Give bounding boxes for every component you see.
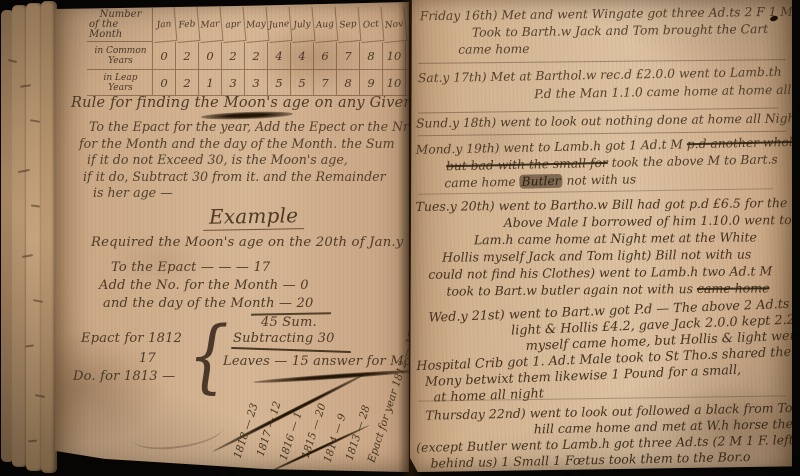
common-year-value: 0 xyxy=(199,42,222,70)
common-year-value: 4 xyxy=(268,42,291,70)
leap-year-value: 3 xyxy=(222,70,245,96)
rule-line: for the Month and the day of the Month. … xyxy=(79,136,409,153)
entry-text: took to Bart.w butler again not with us xyxy=(446,281,697,299)
page-edges-stack xyxy=(0,0,58,476)
leap-year-value: 0 xyxy=(153,70,176,96)
common-year-value: 2 xyxy=(176,42,199,70)
month-header: Aug xyxy=(313,7,339,43)
leap-year-value: 3 xyxy=(245,70,268,96)
entry-monday-19: Mond.y 19th) went to Lamb.h got 1 Ad.t M… xyxy=(416,134,791,193)
epact-1812-label: Epact for 1812 xyxy=(81,331,182,346)
entry-text: not with us xyxy=(562,172,636,188)
row-label-line: Years xyxy=(108,83,133,93)
leap-year-value: 5 xyxy=(268,70,291,96)
common-year-value: 4 xyxy=(291,42,314,70)
month-header: apr xyxy=(221,7,247,43)
row-label-line: in Leap xyxy=(104,73,138,83)
manuscript-photo: Number of the Month Jan Feb Mar apr May … xyxy=(0,0,800,476)
table-corner-label: Number of the Month xyxy=(87,8,153,42)
page-edge-strip xyxy=(41,1,57,473)
moon-age-table: Number of the Month Jan Feb Mar apr May … xyxy=(87,8,409,96)
subtraction-line: Subtracting 30 xyxy=(233,331,335,346)
epact-1812-value: 17 xyxy=(139,351,156,366)
entry-text: took the above M to Bart.s xyxy=(608,152,778,170)
entry-thursday-22: Thursday 22nd) went to look out followed… xyxy=(415,400,790,472)
ditto-1813-label: Do. for 1813 — xyxy=(73,369,175,384)
leap-year-value: 5 xyxy=(291,70,314,96)
table-corner-line: Number xyxy=(100,10,142,20)
row-label-line: Years xyxy=(108,56,133,66)
entry-tuesday-20: Tues.y 20th) went to Bartho.w Bill had g… xyxy=(415,194,790,300)
sum-line: 45 Sum. xyxy=(261,315,317,330)
calc-line-month-number: Add the No. for the Month — 0 xyxy=(99,278,309,293)
common-year-value: 8 xyxy=(360,42,383,70)
entry-text: came home xyxy=(444,175,520,191)
ink-stroke xyxy=(253,368,409,384)
struck-text: p.d another whole xyxy=(687,135,792,151)
struck-text: came home xyxy=(697,280,770,296)
month-header: Jan xyxy=(152,7,178,43)
month-header: July xyxy=(290,7,316,43)
common-year-value: 2 xyxy=(245,42,268,70)
month-header: Feb xyxy=(175,7,201,43)
common-year-value: 7 xyxy=(337,42,360,70)
leap-year-value: 7 xyxy=(314,70,337,96)
month-header: June xyxy=(267,7,293,43)
leap-year-value: 2 xyxy=(176,70,199,96)
leap-year-value: 9 xyxy=(360,70,383,96)
calc-line-epact: To the Epact — — — 17 xyxy=(111,260,270,275)
entry-wednesday-21: Wed.y 21st) went to Bart.w got P.d — The… xyxy=(414,297,791,407)
struck-text: but bad with the small for xyxy=(446,156,608,173)
entry-line: Sund.y 18th) went to look out nothing do… xyxy=(416,111,790,130)
example-problem: Required the Moon's age on the 20th of J… xyxy=(91,235,409,250)
row-label-common-years: in Common Years xyxy=(87,42,153,70)
entry-line: took to Bart.w butler again not with us … xyxy=(416,279,790,300)
right-page: Friday 16th) Met and went Wingate got th… xyxy=(410,0,792,472)
table-corner-line: of the Month xyxy=(89,20,152,40)
month-header: Sep xyxy=(336,7,362,43)
common-year-value: 2 xyxy=(222,42,245,70)
rule-line: if it do not Exceed 30, is the Moon's ag… xyxy=(79,152,409,169)
subtraction-underline xyxy=(231,347,351,353)
leap-year-value: 1 xyxy=(199,70,222,96)
leap-year-value: 8 xyxy=(337,70,360,96)
row-label-leap-years: in Leap Years xyxy=(87,70,153,96)
rule-line: To the Epact for the year, Add the Epect… xyxy=(79,119,409,136)
rule-paragraph: To the Epact for the year, Add the Epect… xyxy=(79,119,409,202)
pencil-scribble xyxy=(131,414,224,454)
example-heading: Example xyxy=(203,203,305,231)
entry-line: came home xyxy=(416,38,790,60)
month-header: Mar xyxy=(198,7,224,43)
common-year-value: 0 xyxy=(153,42,176,70)
rule-line: if it do, Subtract 30 from it. and the R… xyxy=(79,169,409,186)
blotted-text: Butler xyxy=(519,174,562,189)
rule-line: is her age — xyxy=(79,185,409,202)
row-label-line: in Common xyxy=(94,46,146,56)
entry-sunday-18: Sund.y 18th) went to look out nothing do… xyxy=(416,111,790,130)
entry-saturday-17: Sat.y 17th) Met at Barthol.w rec.d £2.0.… xyxy=(416,63,791,106)
rule-heading: Rule for finding the Moon's age on any G… xyxy=(71,95,409,111)
entry-friday-16: Friday 16th) Met and went Wingate got th… xyxy=(416,4,791,60)
month-header: May xyxy=(244,7,270,43)
month-header: Oct xyxy=(359,7,385,43)
leaves-answer-line: Leaves — 15 answer for Moon's age xyxy=(223,354,409,369)
left-page: Number of the Month Jan Feb Mar apr May … xyxy=(55,2,409,472)
common-year-value: 6 xyxy=(314,42,337,70)
